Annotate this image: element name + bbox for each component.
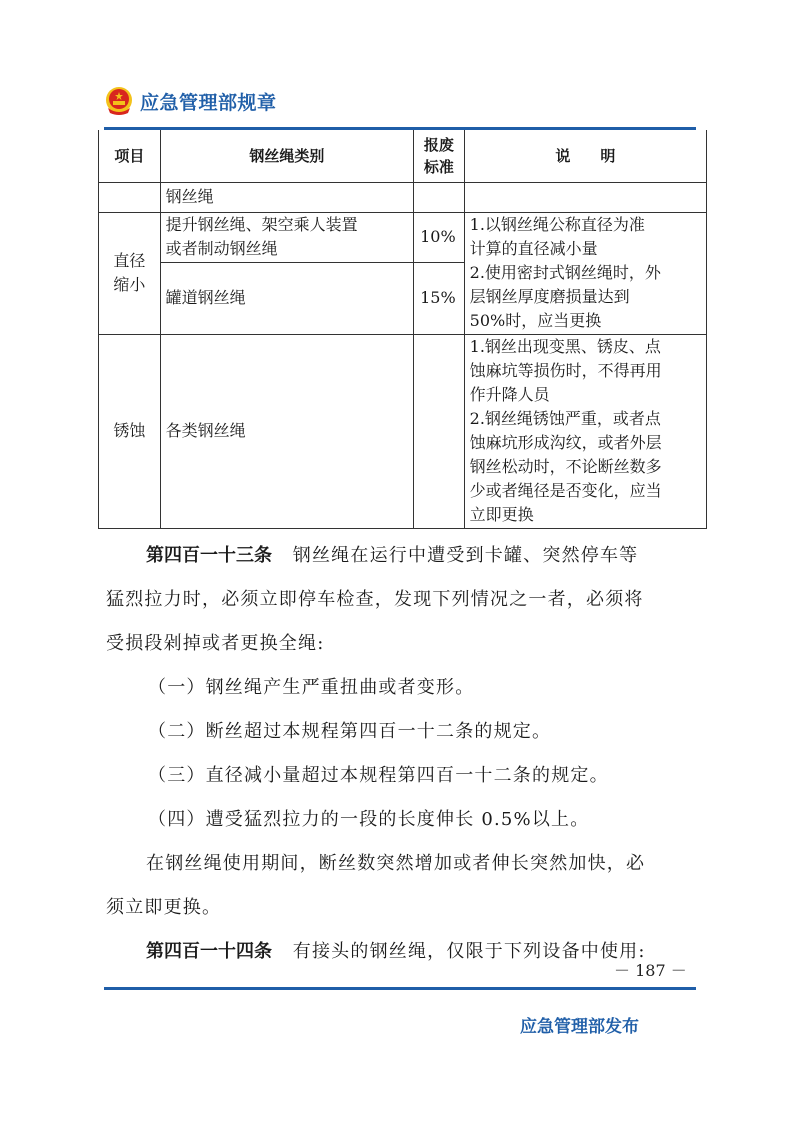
- cell-category: 罐道钢丝绳: [160, 262, 413, 334]
- cell-item: [99, 182, 161, 212]
- column-header-standard: 报废 标准: [414, 130, 465, 182]
- column-header-item: 项目: [99, 130, 161, 182]
- cell-category: 钢丝绳: [160, 182, 413, 212]
- cell-note: 1.以钢丝绳公称直径为准 计算的直径减小量 2.使用密封式钢丝绳时，外 层钢丝厚…: [464, 212, 706, 334]
- cell-item: 锈蚀: [99, 334, 161, 528]
- page-header: 应急管理部规章: [104, 86, 277, 116]
- cell-standard: [414, 182, 465, 212]
- wire-rope-table: 项目 钢丝绳类别 报废 标准 说 明 钢丝绳 直径 缩小 提升钢丝绳、架空乘人装…: [98, 130, 707, 529]
- table-row: 直径 缩小 提升钢丝绳、架空乘人装置 或者制动钢丝绳 10% 1.以钢丝绳公称直…: [99, 212, 707, 262]
- cell-note: [464, 182, 706, 212]
- cell-standard: 10%: [414, 212, 465, 262]
- article-label: 第四百一十三条: [146, 545, 272, 566]
- table-row: 锈蚀 各类钢丝绳 1.钢丝出现变黑、锈皮、点 蚀麻坑等损伤时，不得再用 作升降人…: [99, 334, 707, 528]
- list-item: （三）直径减小量超过本规程第四百一十二条的规定。: [106, 754, 706, 798]
- column-header-category: 钢丝绳类别: [160, 130, 413, 182]
- cell-category: 各类钢丝绳: [160, 334, 413, 528]
- footer-title: 应急管理部发布: [520, 1012, 639, 1037]
- cell-standard: 15%: [414, 262, 465, 334]
- list-item: （四）遭受猛烈拉力的一段的长度伸长 0.5%以上。: [106, 798, 706, 842]
- table-header-row: 项目 钢丝绳类别 报废 标准 说 明: [99, 130, 707, 182]
- cell-standard: [414, 334, 465, 528]
- cell-note: 1.钢丝出现变黑、锈皮、点 蚀麻坑等损伤时，不得再用 作升降人员 2.钢丝绳锈蚀…: [464, 334, 706, 528]
- footer-divider: [104, 987, 696, 990]
- list-item: （一）钢丝绳产生严重扭曲或者变形。: [106, 666, 706, 710]
- column-header-note: 说 明: [464, 130, 706, 182]
- cell-category: 提升钢丝绳、架空乘人装置 或者制动钢丝绳: [160, 212, 413, 262]
- national-emblem-icon: [104, 86, 134, 116]
- cell-item: 直径 缩小: [99, 212, 161, 334]
- article-413: 第四百一十三条 钢丝绳在运行中遭受到卡罐、突然停车等 猛烈拉力时，必须立即停车检…: [106, 534, 706, 974]
- header-title: 应急管理部规章: [140, 88, 277, 115]
- table-row: 钢丝绳: [99, 182, 707, 212]
- list-item: （二）断丝超过本规程第四百一十二条的规定。: [106, 710, 706, 754]
- page-number: － 187 －: [614, 958, 687, 981]
- article-label: 第四百一十四条: [146, 941, 272, 962]
